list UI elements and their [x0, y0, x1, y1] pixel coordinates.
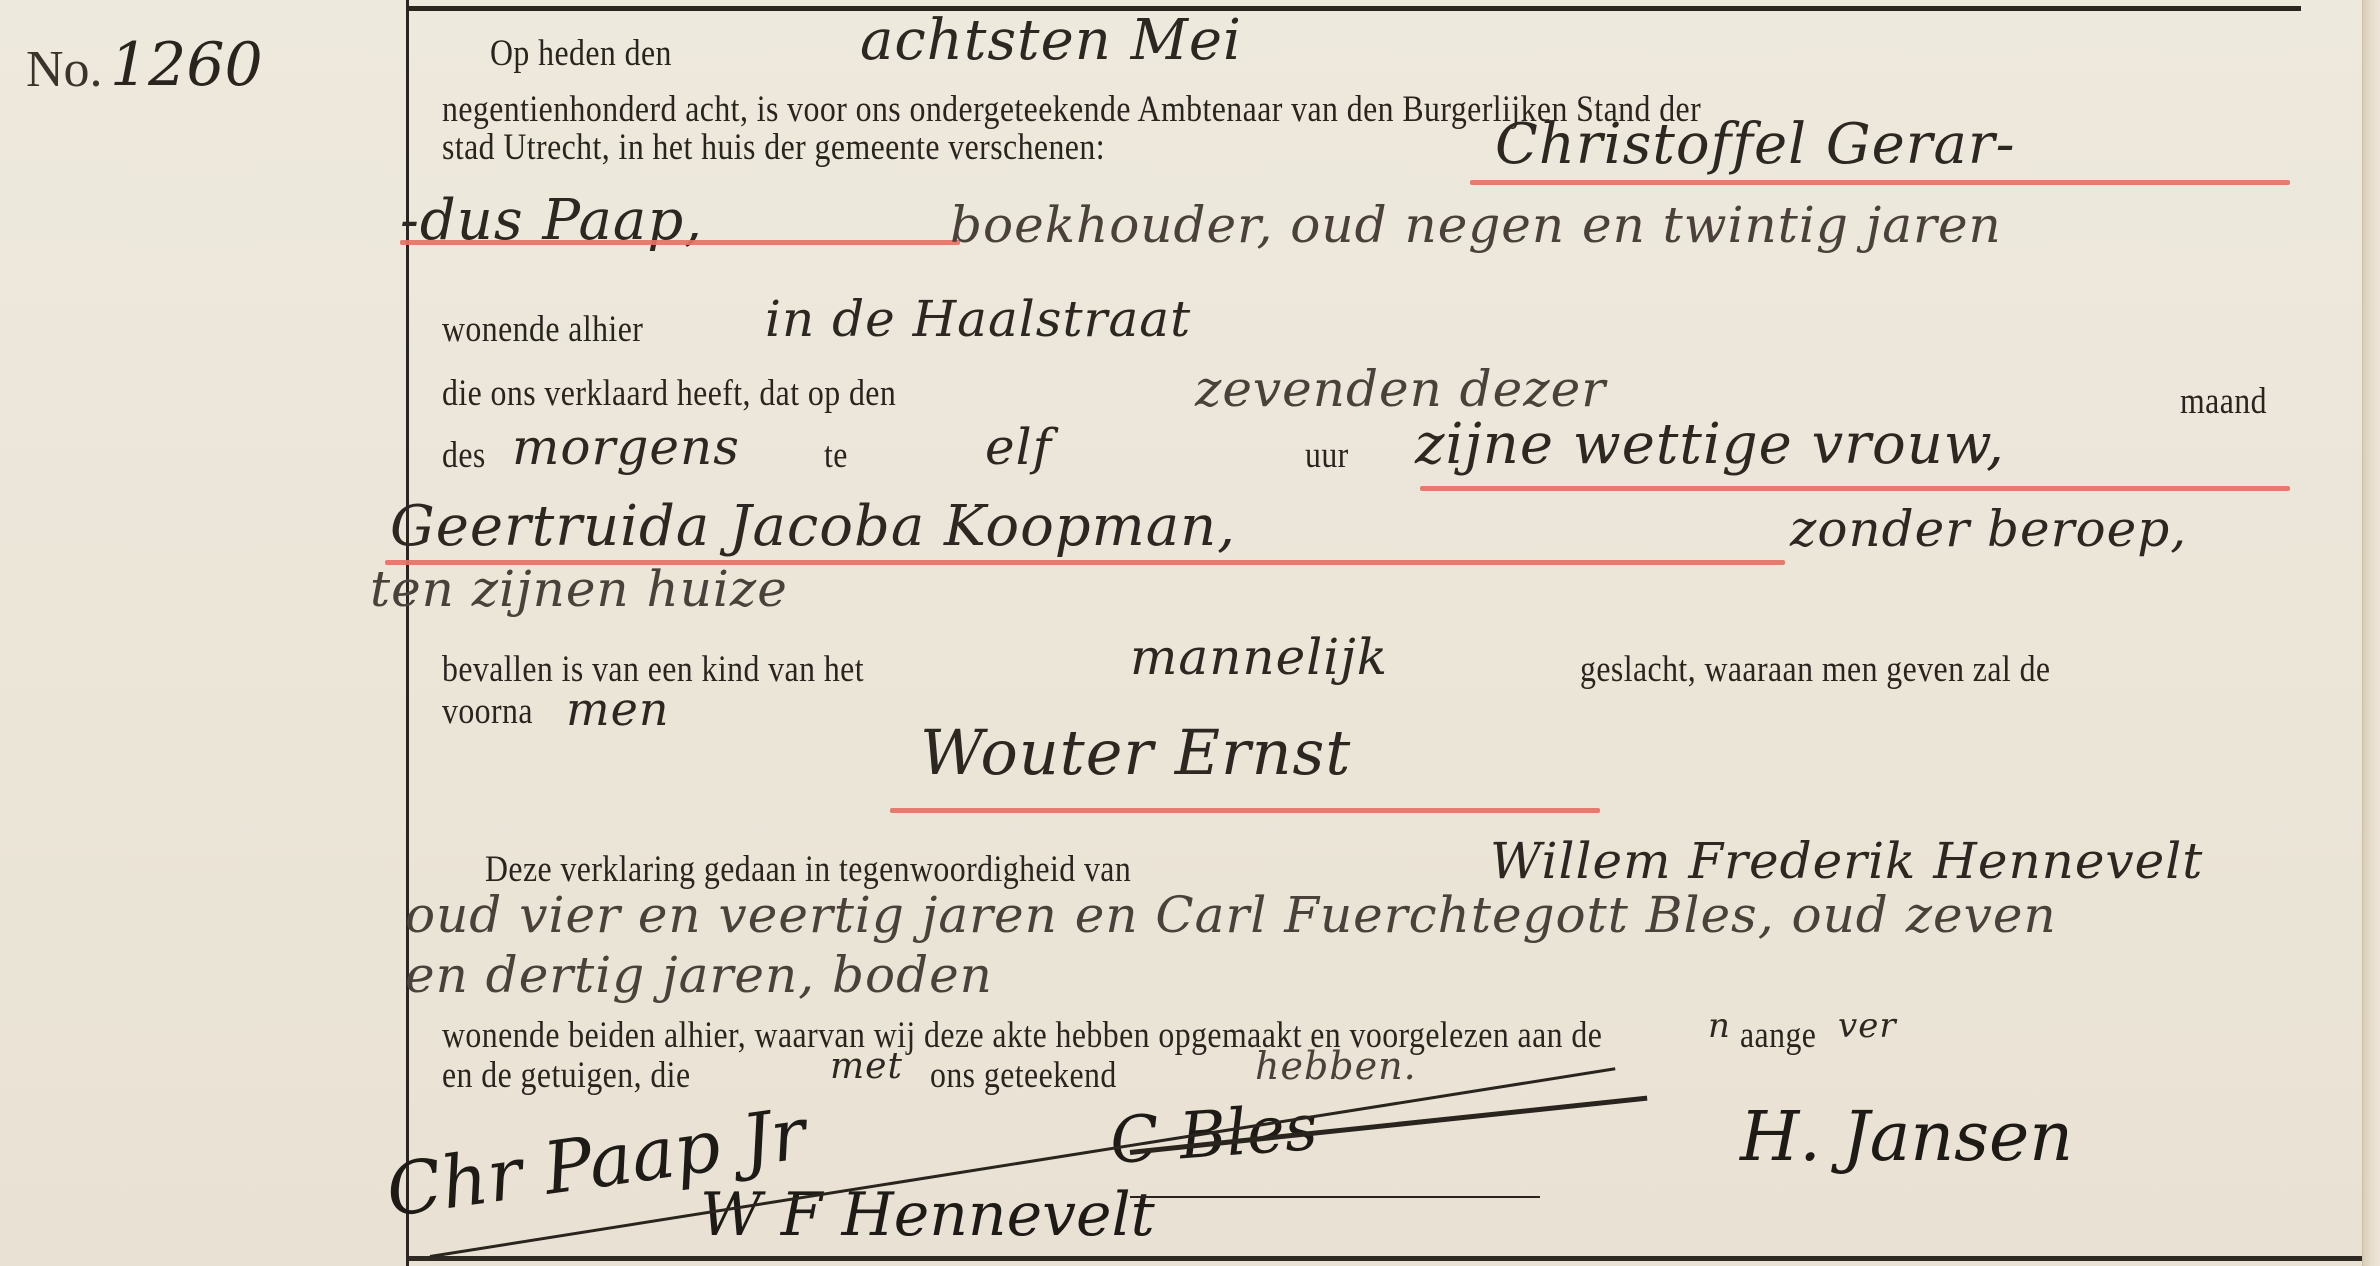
line7-printed-uur: uur — [1305, 434, 1349, 477]
witness1-name-handwritten: Willem Frederik Hennevelt — [1490, 832, 2203, 890]
register-page: No. 1260 Op heden den achtsten Mei negen… — [0, 0, 2362, 1266]
residence-handwritten: in de Haalstraat — [765, 290, 1191, 348]
record-number: 1260 — [110, 30, 263, 100]
red-underline-surname — [400, 240, 960, 245]
line16-printed-aange: aange — [1740, 1014, 1816, 1057]
frame-bottom-border — [409, 1256, 2362, 1261]
line17-printed-b: ons geteekend — [930, 1054, 1117, 1097]
line7-printed-te: te — [824, 434, 848, 477]
father-name-part1: Christoffel Gerar- — [1495, 112, 2016, 177]
birth-day-handwritten: zevenden dezer — [1195, 360, 1606, 418]
line10-printed-b: geslacht, waaraan men geven zal de — [1580, 648, 2050, 691]
hour-handwritten: elf — [985, 418, 1052, 476]
mother-occupation-handwritten: zonder beroep, — [1790, 500, 2187, 558]
line17-handwritten-hebben: hebben. — [1255, 1044, 1417, 1088]
line16-printed: wonende beiden alhier, waarvan wij deze … — [442, 1014, 1602, 1057]
line1-printed: Op heden den — [490, 32, 672, 75]
wife-relation-handwritten: zijne wettige vrouw, — [1415, 412, 2005, 477]
line1-date-handwritten: achtsten Mei — [860, 8, 1242, 73]
line17-printed-a: en de getuigen, die — [442, 1054, 690, 1097]
line3-printed: stad Utrecht, in het huis der gemeente v… — [442, 126, 1105, 169]
record-number-prefix: No. — [26, 40, 103, 99]
line13-printed: Deze verklaring gedaan in tegenwoordighe… — [485, 848, 1131, 891]
child-sex-handwritten: mannelijk — [1130, 628, 1388, 686]
birthplace-handwritten: ten zijnen huize — [370, 560, 788, 618]
red-underline-child — [890, 808, 1600, 813]
witness-occupation-handwritten: en dertig jaren, boden — [405, 946, 993, 1004]
line16-handwritten-ver: ver — [1838, 1006, 1897, 1046]
page-edge — [2362, 0, 2380, 1266]
child-name-handwritten: Wouter Ernst — [920, 716, 1351, 789]
witness-details-handwritten: oud vier en veertig jaren en Carl Fuerch… — [405, 886, 2057, 944]
red-underline-wife — [1420, 486, 2290, 491]
frame-top-border — [407, 6, 2301, 11]
red-underline-name — [1470, 180, 2290, 185]
line7-printed-des: des — [442, 434, 486, 477]
father-occupation-age: boekhouder, oud negen en twintig jaren — [950, 196, 2002, 254]
signature-witness-1: W F Hennevelt — [700, 1180, 1155, 1250]
line17-handwritten-met: met — [830, 1046, 903, 1087]
signature-registrar: H. Jansen — [1740, 1098, 2073, 1177]
line6-printed-maand: maand — [2180, 380, 2267, 423]
time-of-day-handwritten: morgens — [512, 418, 740, 476]
signature-crossbar-stroke — [1130, 1196, 1540, 1198]
line16-correction-n: n — [1708, 1006, 1731, 1046]
line6-printed: die ons verklaard heeft, dat op den — [442, 372, 896, 415]
line5-printed: wonende alhier — [442, 308, 643, 351]
mother-name-handwritten: Geertruida Jacoba Koopman, — [390, 494, 1236, 559]
line11-printed: voorna — [442, 690, 533, 733]
line11-handwritten: men — [566, 682, 669, 736]
